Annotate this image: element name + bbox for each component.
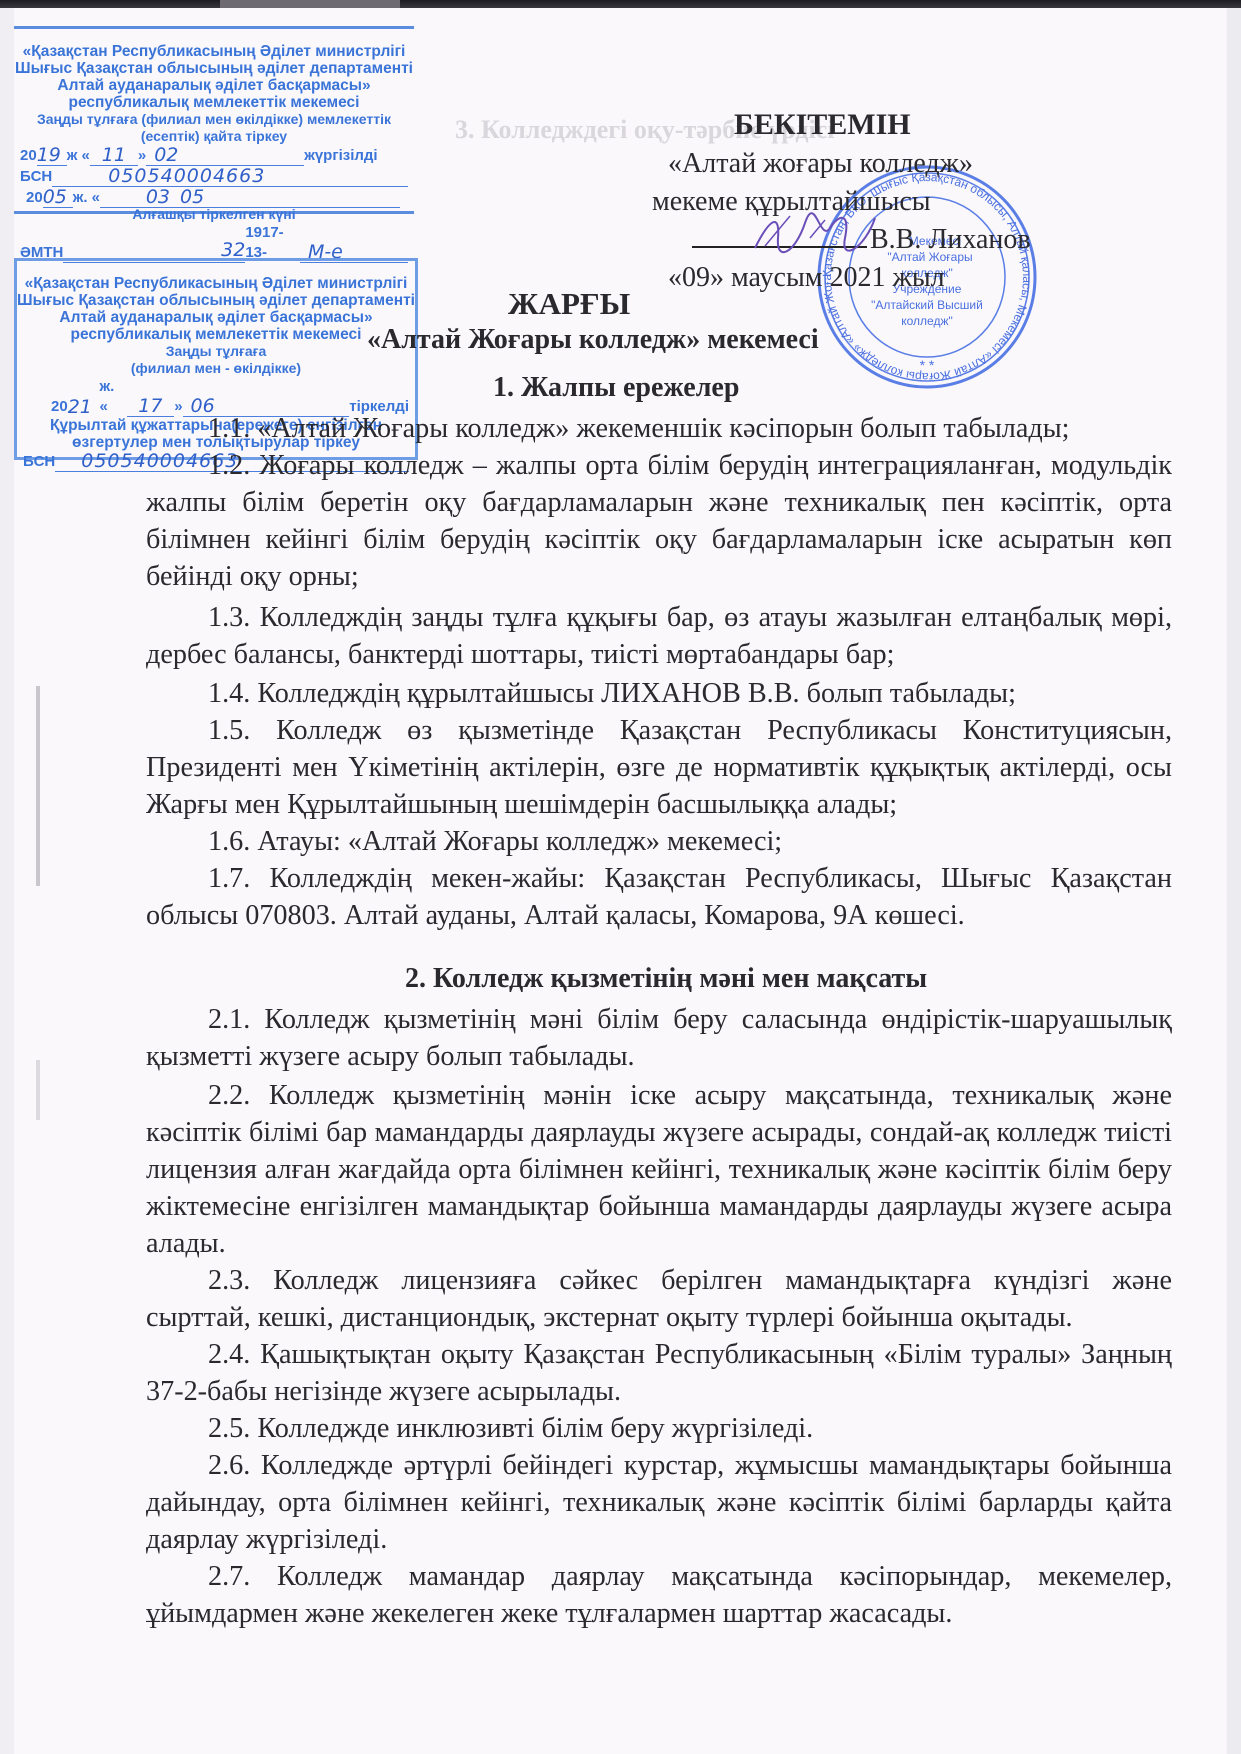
paragraph: 1.7. Колледждің мекен-жайы: Қазақстан Ре… [146, 860, 1172, 934]
paragraph: 2.3. Колледж лицензияға сәйкес берілген … [146, 1262, 1172, 1336]
stamp-line: Алтай ауданаралық әділет басқармасы» [14, 77, 414, 94]
handwritten-month: 05 [170, 187, 400, 208]
binding-thread [36, 686, 40, 886]
bsn-row: БСН 050540004663 [14, 166, 414, 187]
section-heading: 1. Жалпы ережелер [493, 372, 739, 404]
handwritten-year: 19 [37, 145, 67, 166]
approval-signatory: В.В. Лиханов [870, 224, 1031, 256]
document-subtitle: «Алтай Жоғары колледж» мекемесі [367, 324, 819, 356]
stamp-line: Шығыс Қазақстан облысының әділет департа… [17, 292, 415, 309]
paragraph: 2.6. Колледжде әртүрлі бейіндегі курстар… [146, 1447, 1172, 1558]
bsn-label: БСН [23, 452, 55, 472]
stamp-line: (филиал мен - өкілдікке) [17, 360, 415, 377]
stamp-line: республикалық мемлекеттік мекемесі [14, 94, 414, 111]
date-prefix: 20 [23, 397, 68, 417]
date-action: жүргізілді [304, 146, 377, 166]
amtn-row: ӘМТН 32 1917-13- М-е [14, 223, 414, 263]
first-registration-row: 20 05 ж. « 03 05 [14, 187, 414, 208]
paragraph: 2.5. Колледжде инклюзивті білім беру жүр… [146, 1410, 1172, 1447]
page-right-edge [1227, 0, 1241, 1754]
handwritten-signature [750, 208, 880, 258]
stamp-line: «Қазақстан Республикасының Әділет минист… [17, 275, 415, 292]
reregistration-date-row: 20 19 ж « 11 » 02 жүргізілді [14, 145, 414, 166]
page-left-edge [0, 0, 14, 1754]
approval-org: «Алтай жоғары колледж» [668, 148, 973, 180]
paragraph: 2.7. Колледж мамандар даярлау мақсатында… [146, 1558, 1172, 1632]
section-1-body: 1.1. «Алтай Жоғары колледж» жекеменшік к… [146, 410, 1172, 934]
paragraph: 1.5. Колледж өз қызметінде Қазақстан Рес… [146, 712, 1172, 823]
handwritten-year: 21 [68, 397, 94, 417]
handwritten-month: 02 [146, 145, 304, 166]
year-suffix: ж. « [93, 377, 126, 417]
section-heading: 2. Колледж қызметінің мәні мен мақсаты [405, 963, 927, 995]
scan-top-edge [0, 0, 1241, 8]
first-registration-caption: Алғашқы тіркелген күні [14, 206, 414, 223]
stamp-line: Шығыс Қазақстан облысының әділет департа… [14, 60, 414, 77]
seal-center-line: колледж" [901, 314, 953, 328]
handwritten-bsn: 050540004663 [52, 166, 408, 187]
handwritten-day: 11 [90, 145, 138, 166]
year-suffix: ж. « [73, 188, 100, 208]
approval-date: «09» маусым 2021 жыл [668, 262, 945, 294]
handwritten-day: 03 [100, 187, 170, 208]
date-prefix: 20 [20, 188, 43, 208]
document-title: ЖАРҒЫ [508, 286, 630, 322]
bsn-label: БСН [20, 167, 52, 187]
section-2-body: 2.1. Колледж қызметінің мәні білім беру … [146, 1001, 1172, 1632]
amtn-number: 1917-13- [245, 223, 300, 263]
stamp-line: республикалық мемлекеттік мекемесі [17, 326, 415, 343]
paragraph: 2.1. Колледж қызметінің мәні білім беру … [146, 1001, 1172, 1075]
approval-title: БЕКІТЕМІН [734, 108, 911, 142]
paragraph: 2.4. Қашықтықтан оқыту Қазақстан Республ… [146, 1336, 1172, 1410]
handwritten-year: 05 [43, 187, 73, 208]
binding-thread-lower [36, 1060, 40, 1120]
stamp-line: Алтай ауданаралық әділет басқармасы» [17, 309, 415, 326]
paragraph: 1.6. Атауы: «Алтай Жоғары колледж» мекем… [146, 823, 1172, 860]
paragraph: 1.3. Колледждің заңды тұлға құқығы бар, … [146, 599, 1172, 673]
day-suffix: » [138, 146, 146, 166]
paragraph: 1.4. Колледждің құрылтайшысы ЛИХАНОВ В.В… [146, 675, 1172, 712]
paragraph: 1.1. «Алтай Жоғары колледж» жекеменшік к… [146, 410, 1172, 447]
stamp-line: (есептік) қайта тіркеу [14, 128, 414, 145]
stamp-line: Заңды тұлғаға [17, 343, 415, 360]
stamp-line: «Қазақстан Республикасының Әділет минист… [14, 43, 414, 60]
paragraph: 2.2. Колледж қызметінің мәнін іске асыру… [146, 1077, 1172, 1262]
seal-center-line: "Алтайский Высший [871, 298, 983, 312]
stamp-line: Заңды тұлғаға (филиал мен өкілдікке) мем… [14, 111, 414, 128]
year-suffix: ж « [67, 146, 90, 166]
paragraph: 1.2. Жоғары колледж – жалпы орта білім б… [146, 447, 1172, 595]
reregistration-stamp: «Қазақстан Республикасының Әділет минист… [14, 26, 414, 214]
date-prefix: 20 [20, 146, 37, 166]
seal-stars: * * [920, 357, 935, 373]
